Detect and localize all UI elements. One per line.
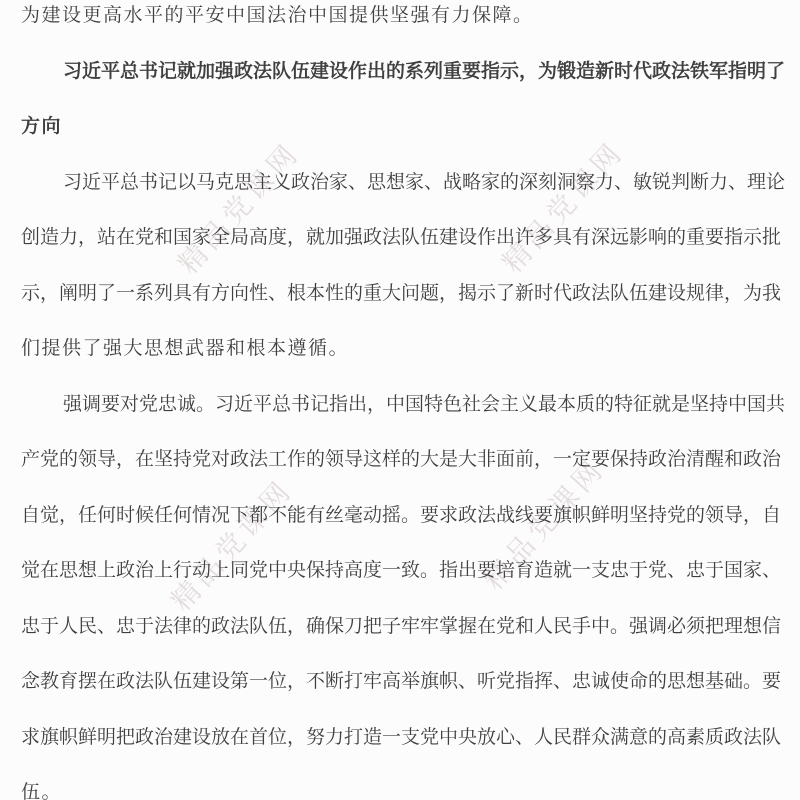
text-line: 忠于人民、忠于法律的政法队伍，确保刀把子牢牢掌握在党和人民手中。强调必须把理想信 — [21, 613, 778, 640]
text-line: 习近平总书记以马克思主义政治家、思想家、战略家的深刻洞察力、敏锐判断力、理论 — [21, 169, 778, 196]
text-line: 强调要对党忠诚。习近平总书记指出，中国特色社会主义最本质的特征就是坚持中国共 — [21, 391, 778, 418]
document-text: 为建设更高水平的平安中国法治中国提供坚强有力保障。习近平总书记就加强政法队伍建设… — [0, 0, 800, 800]
text-line: 伍。 — [21, 779, 778, 800]
text-line: 求旗帜鲜明把政治建设放在首位，努力打造一支党中央放心、人民群众满意的高素质政法队 — [21, 724, 778, 751]
text-line: 示，阐明了一系列具有方向性、根本性的重大问题，揭示了新时代政法队伍建设规律，为我 — [21, 280, 778, 307]
text-line: 创造力，站在党和国家全局高度，就加强政法队伍建设作出许多具有深远影响的重要指示批 — [21, 224, 778, 251]
text-line: 们提供了强大思想武器和根本遵循。 — [21, 335, 778, 362]
heading-line: 习近平总书记就加强政法队伍建设作出的系列重要指示，为锻造新时代政法铁军指明了 — [21, 58, 778, 85]
text-line: 产党的领导，在坚持党对政法工作的领导这样的大是大非面前，一定要保持政治清醒和政治 — [21, 446, 778, 473]
text-line: 觉在思想上政治上行动上同党中央保持高度一致。指出要培育造就一支忠于党、忠于国家、 — [21, 557, 778, 584]
text-line: 自觉，任何时候任何情况下都不能有丝毫动摇。要求政法战线要旗帜鲜明坚持党的领导，自 — [21, 502, 778, 529]
heading-line: 方向 — [21, 113, 778, 140]
text-line: 为建设更高水平的平安中国法治中国提供坚强有力保障。 — [21, 2, 778, 29]
document-page: 精品党课网精品党课网精品党课网精品党课网 为建设更高水平的平安中国法治中国提供坚… — [0, 0, 800, 800]
text-line: 念教育摆在政法队伍建设第一位，不断打牢高举旗帜、听党指挥、忠诚使命的思想基础。要 — [21, 668, 778, 695]
